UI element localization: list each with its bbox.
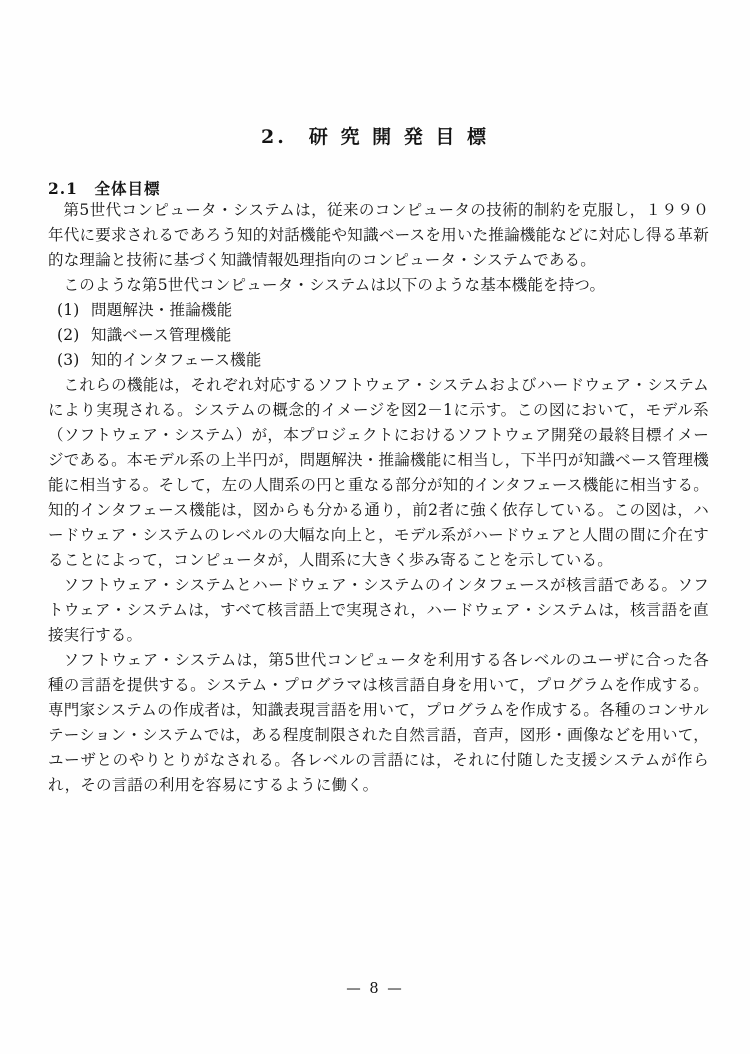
paragraph: これらの機能は，それぞれ対応するソフトウェア・システムおよびハードウェア・システ… bbox=[48, 373, 709, 573]
paragraph: ソフトウェア・システムは，第5世代コンピュータを利用する各レベルのユーザに合った… bbox=[48, 648, 709, 798]
paragraph: ソフトウェア・システムとハードウェア・システムのインタフェースが核言語である。ソ… bbox=[48, 573, 709, 648]
list-item-marker: (2) bbox=[57, 323, 91, 348]
list-item: (3)知的インタフェース機能 bbox=[48, 348, 709, 373]
page-number: — 8 — bbox=[0, 981, 750, 997]
list-item-marker: (3) bbox=[57, 348, 91, 373]
list-item: (2)知識ベース管理機能 bbox=[48, 323, 709, 348]
paragraph: 第5世代コンピュータ・システムは，従来のコンピュータの技術的制約を克服し，１９９… bbox=[48, 198, 709, 273]
list-item-text: 問題解決・推論機能 bbox=[91, 298, 232, 323]
body-text: 第5世代コンピュータ・システムは，従来のコンピュータの技術的制約を克服し，１９９… bbox=[48, 198, 709, 798]
list-item-marker: (1) bbox=[57, 298, 91, 323]
paragraph: このような第5世代コンピュータ・システムは以下のような基本機能を持つ。 bbox=[48, 273, 709, 298]
list-item-text: 知識ベース管理機能 bbox=[91, 323, 232, 348]
list-item-text: 知的インタフェース機能 bbox=[91, 348, 262, 373]
section-heading: 2.1 全体目標 bbox=[48, 177, 160, 199]
list-item: (1)問題解決・推論機能 bbox=[48, 298, 709, 323]
chapter-title: 2. 研 究 開 発 目 標 bbox=[0, 122, 750, 149]
document-page: 2. 研 究 開 発 目 標 2.1 全体目標 第5世代コンピュータ・システムは… bbox=[0, 0, 750, 1054]
